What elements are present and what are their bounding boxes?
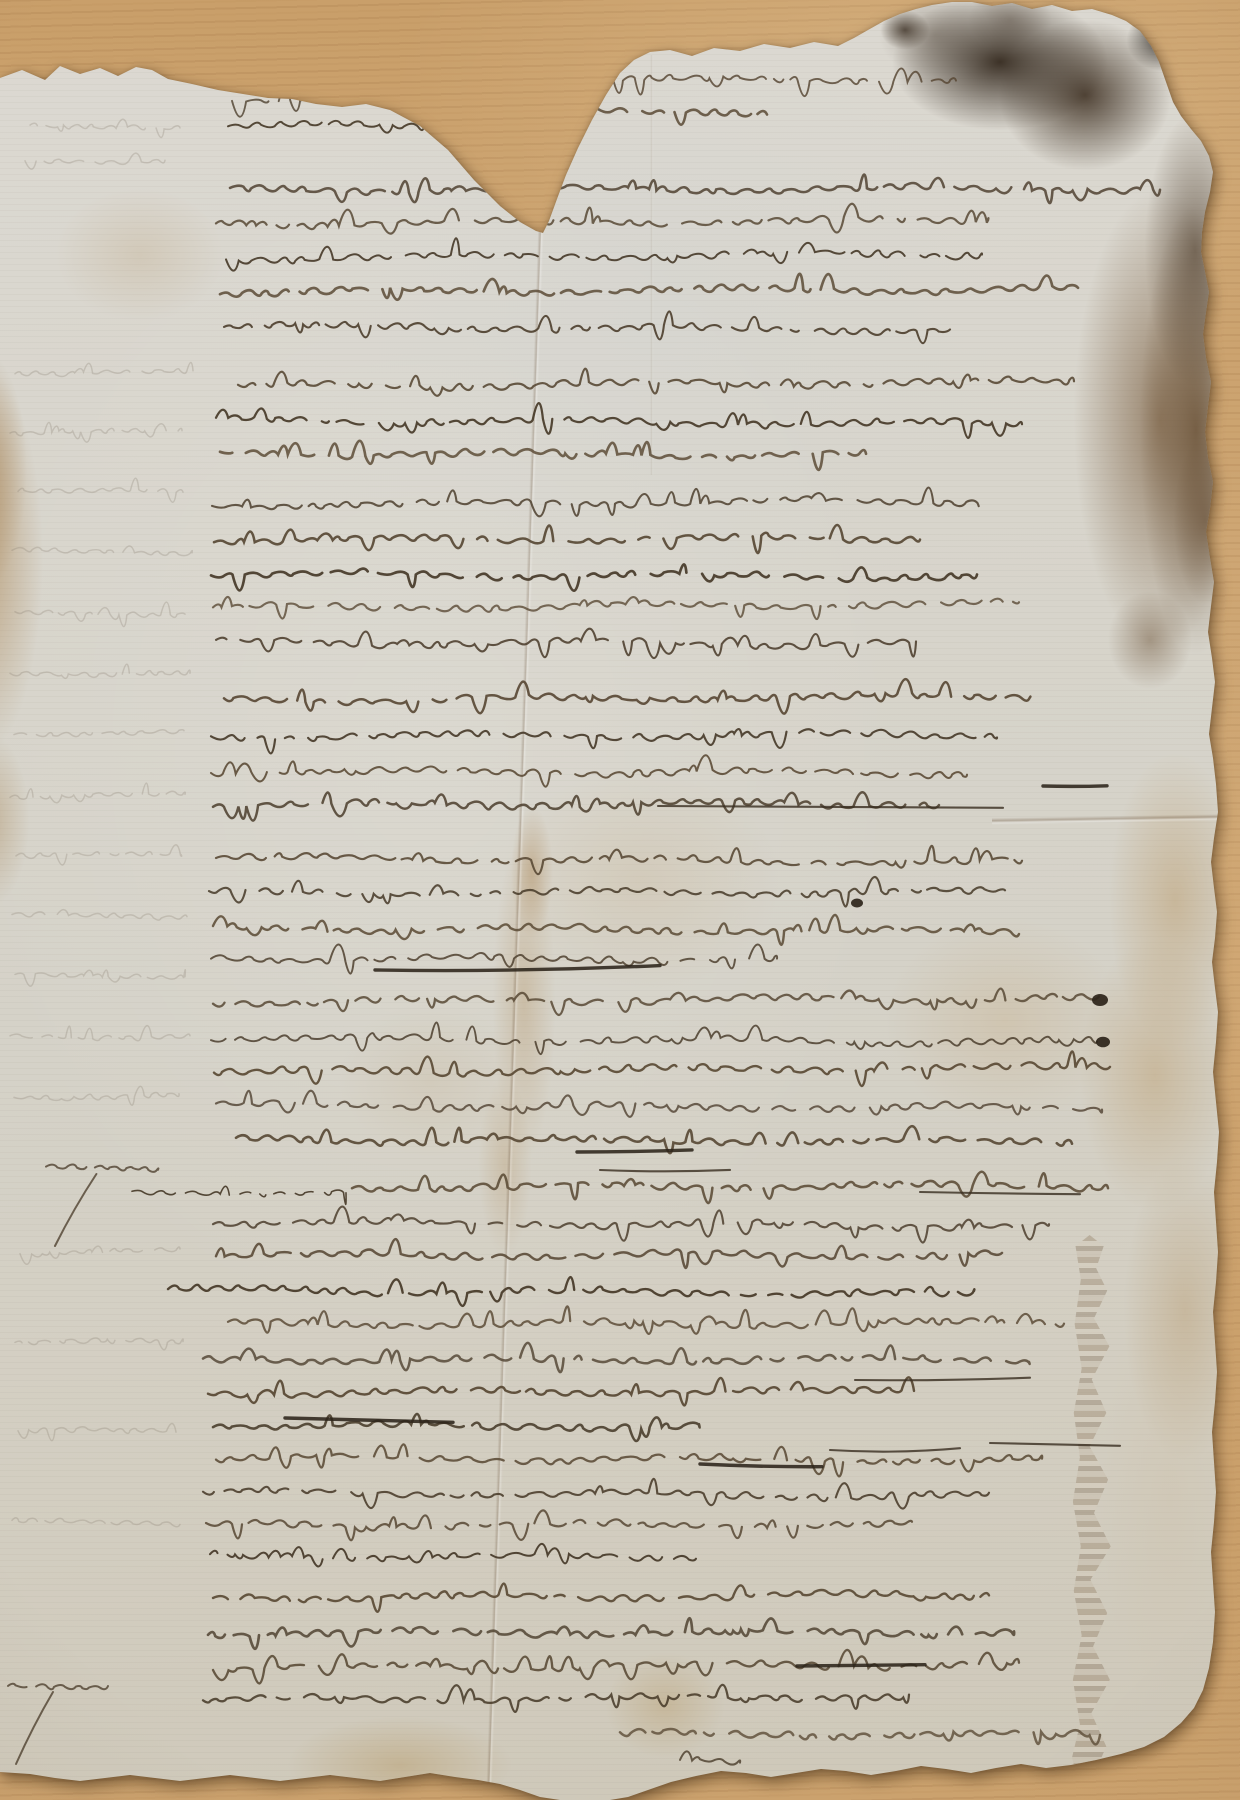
ink-blots xyxy=(851,899,1110,1048)
margin-notes xyxy=(8,1165,158,1765)
show-through-text xyxy=(10,119,193,1526)
handwriting-lines xyxy=(132,68,1160,1764)
handwriting-ink-layer xyxy=(0,0,1240,1800)
photograph xyxy=(0,0,1240,1800)
